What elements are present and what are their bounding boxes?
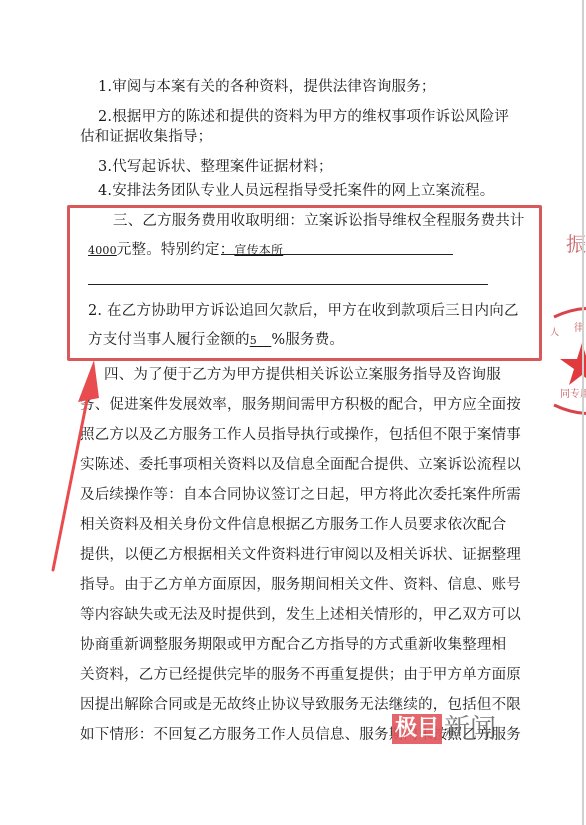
contract-page: 1.审阅与本案有关的各种资料，提供法律咨询服务； 2.根据甲方的陈述和提供的资料… [0,0,586,825]
section4-line-1: 四、为了便于乙方为甲方提供相关诉讼立案服务指导及咨询服 [104,365,501,385]
section4-line-6: 相关资料及相关身份文件信息根据乙方服务工作人员要求依次配合 [80,515,506,535]
section4-line-11: 关资料，乙方已经提供完毕的服务不再重复提供；由于甲方单方面原 [80,665,521,685]
page-edge-divider [582,0,584,825]
news-watermark: 极目新闻 [392,713,496,745]
section4-line-8: 指导。由于乙方单方面原因，服务期间相关文件、资料、信息、账号 [80,575,521,595]
service-item-2-cont: 估和证据收集指导； [80,127,212,147]
service-item-1: 1.审阅与本案有关的各种资料，提供法律咨询服务； [98,77,436,97]
watermark-red-part: 极目 [392,714,442,744]
section4-line-10: 协商重新调整服务期限或甲方配合乙方指导的方式重新收集整理相 [80,635,506,655]
service-item-4: 4.安排法务团队专业人员远程指导受托案件的网上立案流程。 [98,181,494,201]
watermark-gray-part: 新闻 [444,714,496,744]
service-item-2: 2.根据甲方的陈述和提供的资料为甲方的维权事项作诉讼风险评 [98,107,509,127]
section4-line-12: 因提出解除合同或是无故终止协议导致服务无法继续的，包括但不限 [80,695,521,715]
service-item-3: 3.代写起诉状、整理案件证据材料； [98,157,333,177]
section4-line-4: 实陈述、委托事项相关资料以及信息全面配合提供、立案诉讼流程以 [80,455,521,475]
svg-text:人: 人 [550,326,559,338]
section4-line-5: 及后续操作等：自本合同协议签订之日起，甲方将此次委托案件所需 [80,485,521,505]
highlight-box [67,205,542,361]
section4-line-7: 提供，以便乙方根据相关文件资料进行审阅以及相关诉状、证据整理 [80,545,521,565]
section4-line-9: 等内容缺失或无法及时提供到，发生上述相关情形的，甲乙双方可以 [80,605,521,625]
official-seal-icon: 律 人 同专用 [548,305,586,417]
section4-line-3: 照乙方以及乙方服务工作人员指导执行或操作，包括但不限于案情事 [80,425,521,445]
section4-line-2: 务、促进案件发展效率，服务期间需甲方积极的配合，甲方应全面按 [80,395,521,415]
